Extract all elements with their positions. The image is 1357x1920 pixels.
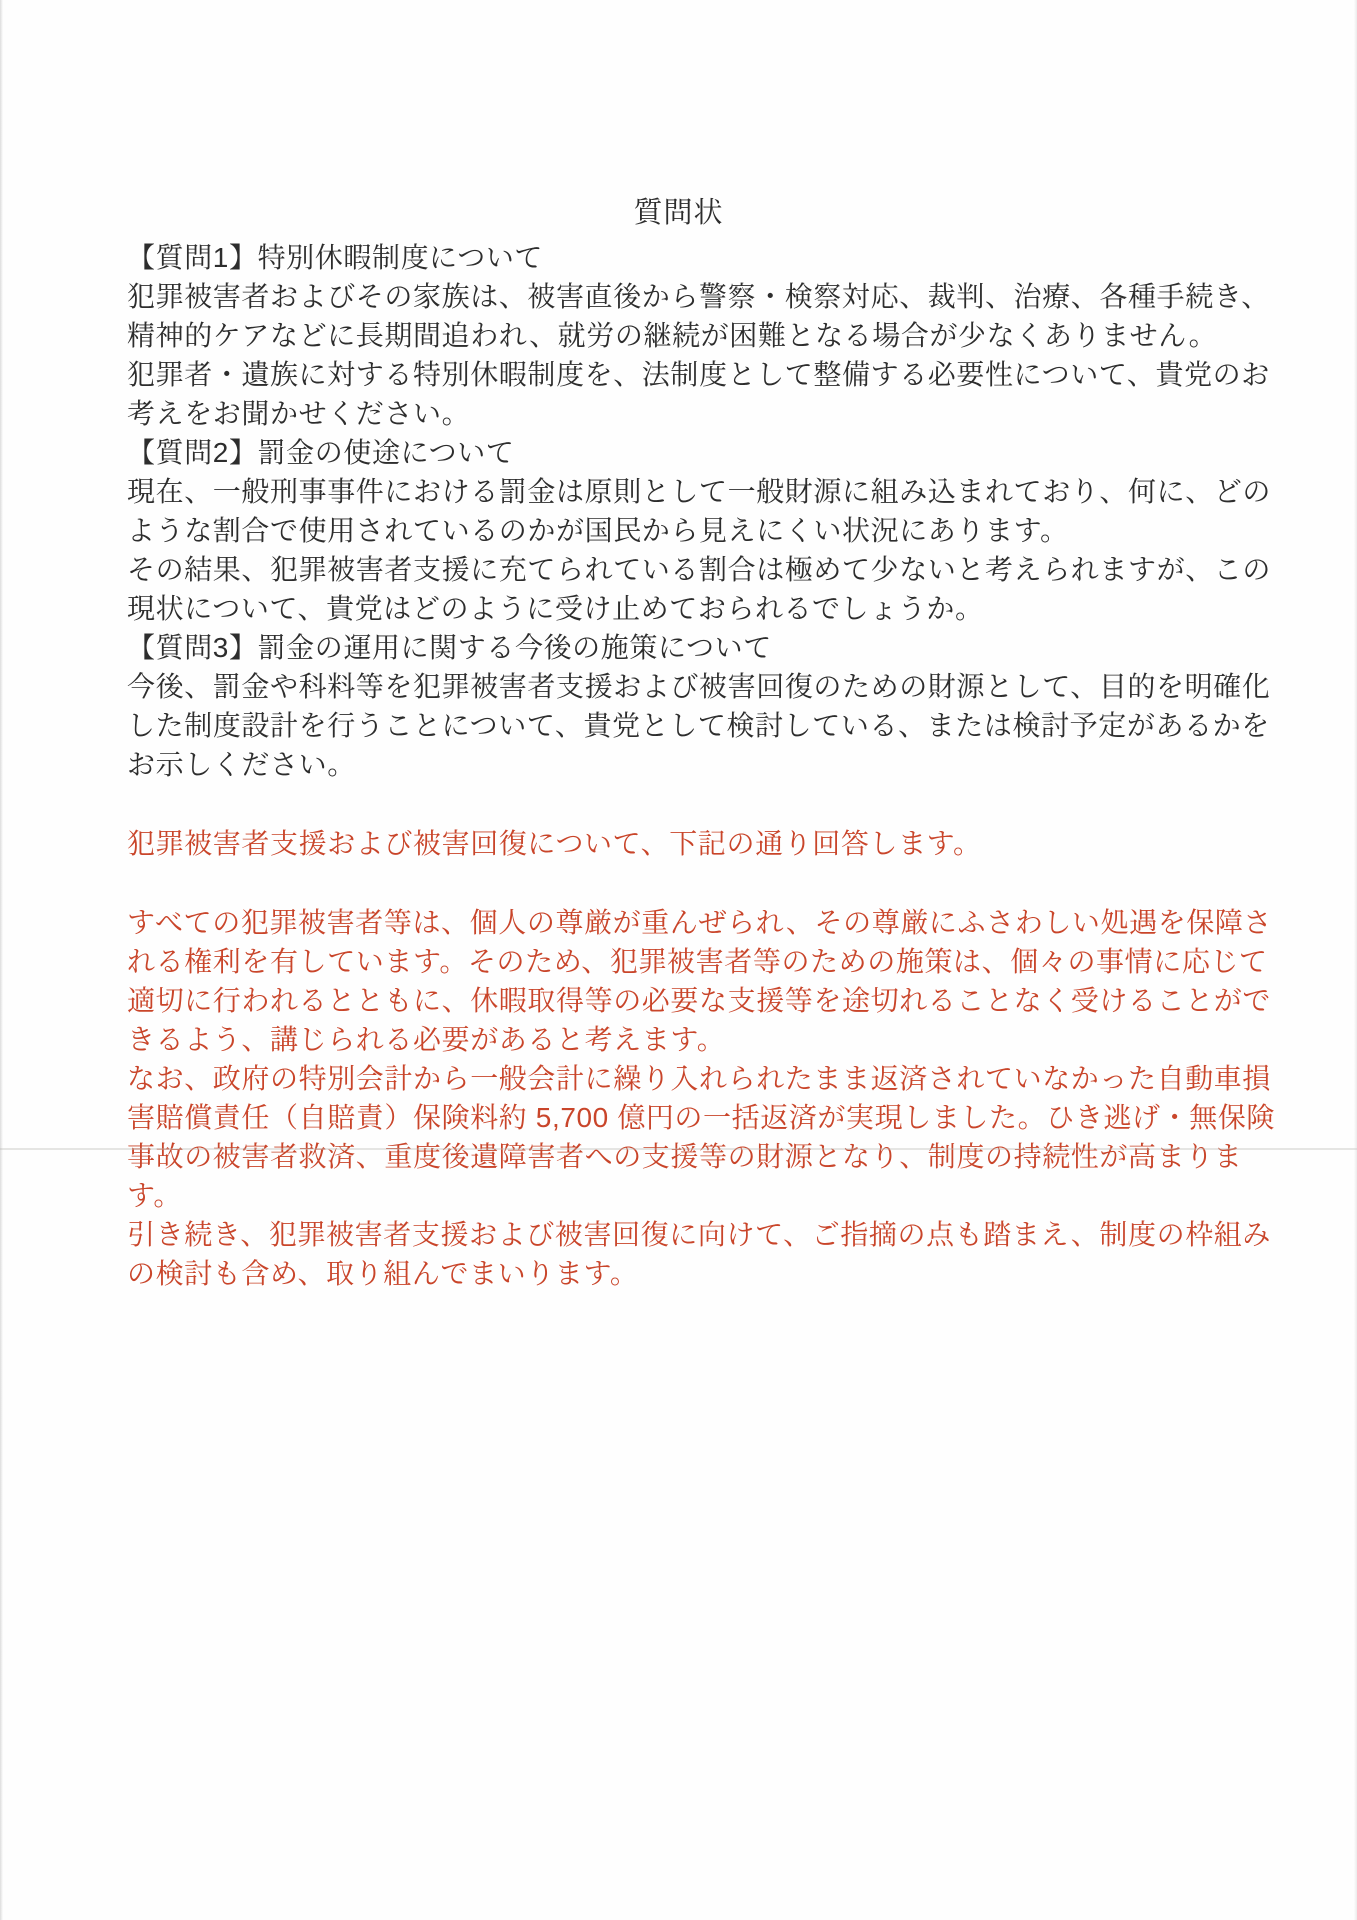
question-text-line: 考えをお聞かせください。 <box>127 394 1257 433</box>
scan-artifact-left-edge <box>0 0 3 1920</box>
question-text-line: お示しください。 <box>127 745 1257 784</box>
question-heading-2: 【質問2】罰金の使途について <box>127 433 1257 472</box>
paragraph-gap <box>127 863 1257 903</box>
answer-intro-line: 犯罪被害者支援および被害回復について、下記の通り回答します。 <box>127 824 1257 863</box>
question-text-line: 精神的ケアなどに長期間追われ、就労の継続が困難となる場合が少なくありません。 <box>127 316 1257 355</box>
answer-text-line: なお、政府の特別会計から一般会計に繰り入れられたまま返済されていなかった自動車損 <box>127 1059 1257 1098</box>
question-heading-1: 【質問1】特別休暇制度について <box>127 238 1257 277</box>
answer-text-line: きるよう、講じられる必要があると考えます。 <box>127 1020 1257 1059</box>
answer-text-line: 害賠償責任（自賠責）保険料約 5,700 億円の一括返済が実現しました。ひき逃げ… <box>127 1098 1257 1137</box>
question-text-line: 今後、罰金や科料等を犯罪被害者支援および被害回復のための財源として、目的を明確化 <box>127 667 1257 706</box>
question-text-line: ような割合で使用されているのかが国民から見えにくい状況にあります。 <box>127 511 1257 550</box>
question-text-line: 現在、一般刑事事件における罰金は原則として一般財源に組み込まれており、何に、どの <box>127 472 1257 511</box>
answer-text-line: 適切に行われるとともに、休暇取得等の必要な支援等を途切れることなく受けることがで <box>127 981 1257 1020</box>
page-title: 質問状 <box>0 196 1357 230</box>
section-gap <box>127 784 1257 824</box>
question-section: 【質問1】特別休暇制度について 犯罪被害者およびその家族は、被害直後から警察・検… <box>127 238 1257 784</box>
answer-text-line: す。 <box>127 1176 1257 1215</box>
question-text-line: 犯罪者・遺族に対する特別休暇制度を、法制度として整備する必要性について、貴党のお <box>127 355 1257 394</box>
scan-artifact-horizontal-line <box>0 1148 1357 1150</box>
answer-text-line: 引き続き、犯罪被害者支援および被害回復に向けて、ご指摘の点も踏まえ、制度の枠組み <box>127 1215 1257 1254</box>
question-text-line: その結果、犯罪被害者支援に充てられている割合は極めて少ないと考えられますが、この <box>127 550 1257 589</box>
question-text-line: した制度設計を行うことについて、貴党として検討している、または検討予定があるかを <box>127 706 1257 745</box>
answer-text-line: 事故の被害者救済、重度後遺障害者への支援等の財源となり、制度の持続性が高まりま <box>127 1137 1257 1176</box>
answer-section: 犯罪被害者支援および被害回復について、下記の通り回答します。 すべての犯罪被害者… <box>127 824 1257 1293</box>
question-text-line: 現状について、貴党はどのように受け止めておられるでしょうか。 <box>127 589 1257 628</box>
document-body: 【質問1】特別休暇制度について 犯罪被害者およびその家族は、被害直後から警察・検… <box>127 238 1257 1293</box>
question-heading-3: 【質問3】罰金の運用に関する今後の施策について <box>127 628 1257 667</box>
answer-text-line: れる権利を有しています。そのため、犯罪被害者等のための施策は、個々の事情に応じて <box>127 942 1257 981</box>
scanned-document-page: 質問状 【質問1】特別休暇制度について 犯罪被害者およびその家族は、被害直後から… <box>0 0 1357 1920</box>
answer-text-line: の検討も含め、取り組んでまいります。 <box>127 1254 1257 1293</box>
answer-text-line: すべての犯罪被害者等は、個人の尊厳が重んぜられ、その尊厳にふさわしい処遇を保障さ <box>127 903 1257 942</box>
question-text-line: 犯罪被害者およびその家族は、被害直後から警察・検察対応、裁判、治療、各種手続き、 <box>127 277 1257 316</box>
